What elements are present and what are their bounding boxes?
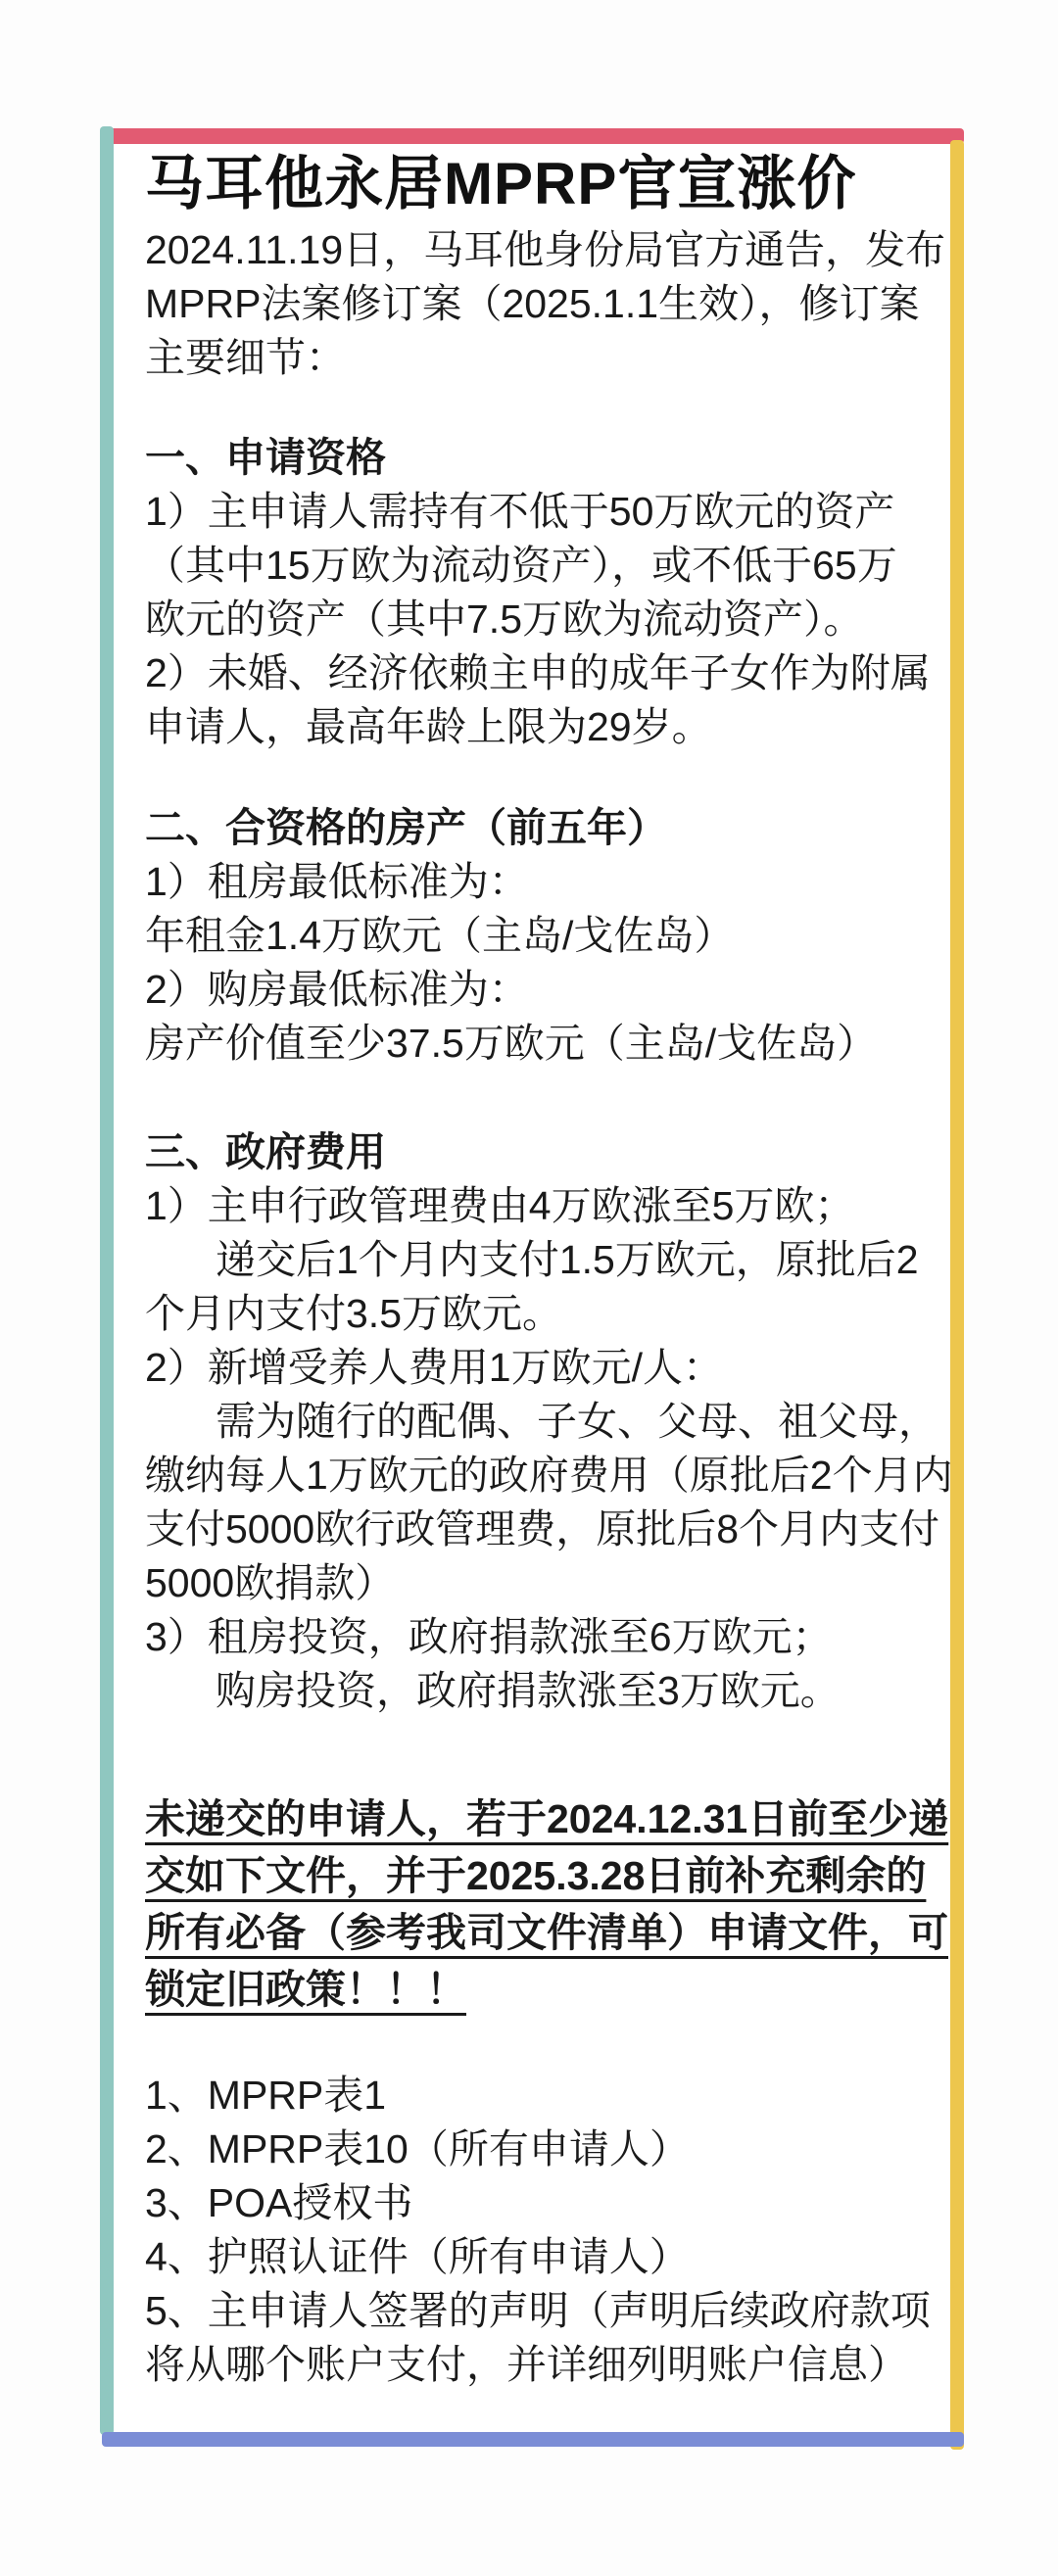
section-heading: 一、申请资格: [145, 431, 937, 485]
card-content: 马耳他永居MPRP官宣涨价 2024.11.19日，马耳他身份局官方通告，发布 …: [114, 144, 950, 2432]
section-government-fees: 三、政府费用 1）主申行政管理费由4万欧涨至5万欧； 递交后1个月内支付1.5万…: [145, 1125, 937, 1718]
text-line: 5000欧捐款）: [145, 1556, 937, 1610]
left-accent-bar: [100, 126, 114, 2435]
text-line: 申请人，最高年龄上限为29岁。: [145, 700, 937, 754]
document-item: 4、护照认证件（所有申请人）: [145, 2230, 937, 2284]
text-line: 欧元的资产（其中7.5万欧为流动资产）。: [145, 593, 937, 646]
section-application-eligibility: 一、申请资格 1）主申请人需持有不低于50万欧元的资产 （其中15万欧为流动资产…: [145, 431, 937, 754]
text-line: 递交后1个月内支付1.5万欧元，原批后2: [145, 1233, 937, 1287]
text-line: 1）主申行政管理费由4万欧涨至5万欧；: [145, 1179, 937, 1233]
text-line: 个月内支付3.5万欧元。: [145, 1287, 937, 1341]
text-line: 缴纳每人1万欧元的政府费用（原批后2个月内: [145, 1449, 937, 1503]
text-line: 2）新增受养人费用1万欧元/人：: [145, 1341, 937, 1395]
text-line: 1）主申请人需持有不低于50万欧元的资产: [145, 485, 937, 539]
document-list: 1、MPRP表1 2、MPRP表10（所有申请人） 3、POA授权书 4、护照认…: [145, 2069, 937, 2392]
text-line: 房产价值至少37.5万欧元（主岛/戈佐岛）: [145, 1017, 937, 1071]
page: 马耳他永居MPRP官宣涨价 2024.11.19日，马耳他身份局官方通告，发布 …: [0, 0, 1058, 2576]
notice-line: 锁定旧政策！！！: [145, 1961, 937, 2018]
text-line: 2）购房最低标准为：: [145, 963, 937, 1017]
section-heading: 三、政府费用: [145, 1125, 937, 1179]
text-line: 需为随行的配偶、子女、父母、祖父母，: [145, 1395, 937, 1449]
page-title: 马耳他永居MPRP官宣涨价: [145, 145, 937, 223]
intro-line: MPRP法案修订案（2025.1.1生效），修订案: [145, 277, 937, 331]
section-qualifying-property: 二、合资格的房产（前五年） 1）租房最低标准为： 年租金1.4万欧元（主岛/戈佐…: [145, 801, 937, 1071]
intro-line: 主要细节：: [145, 331, 937, 385]
text-line: （其中15万欧为流动资产），或不低于65万: [145, 539, 937, 593]
top-accent-bar: [109, 128, 964, 144]
intro-paragraph: 2024.11.19日，马耳他身份局官方通告，发布 MPRP法案修订案（2025…: [145, 223, 937, 385]
document-item: 1、MPRP表1: [145, 2069, 937, 2123]
policy-lock-notice: 未递交的申请人，若于2024.12.31日前至少递 交如下文件，并于2025.3…: [145, 1790, 937, 2018]
document-item: 3、POA授权书: [145, 2176, 937, 2230]
text-line: 3）租房投资，政府捐款涨至6万欧元；: [145, 1610, 937, 1664]
text-line: 支付5000欧行政管理费，原批后8个月内支付: [145, 1503, 937, 1556]
text-line: 年租金1.4万欧元（主岛/戈佐岛）: [145, 909, 937, 963]
document-item: 2、MPRP表10（所有申请人）: [145, 2123, 937, 2176]
bottom-accent-bar: [102, 2432, 964, 2447]
notice-line: 交如下文件，并于2025.3.28日前补充剩余的: [145, 1847, 937, 1904]
document-item: 将从哪个账户支付，并详细列明账户信息）: [145, 2338, 937, 2392]
right-accent-bar: [950, 140, 964, 2450]
notice-line: 所有必备（参考我司文件清单）申请文件，可: [145, 1904, 937, 1961]
document-item: 5、主申请人签署的声明（声明后续政府款项: [145, 2284, 937, 2338]
section-heading: 二、合资格的房产（前五年）: [145, 801, 937, 855]
text-line: 购房投资，政府捐款涨至3万欧元。: [145, 1664, 937, 1718]
notice-line: 未递交的申请人，若于2024.12.31日前至少递: [145, 1790, 937, 1847]
text-line: 2）未婚、经济依赖主申的成年子女作为附属: [145, 646, 937, 700]
intro-line: 2024.11.19日，马耳他身份局官方通告，发布: [145, 223, 937, 277]
text-line: 1）租房最低标准为：: [145, 855, 937, 909]
